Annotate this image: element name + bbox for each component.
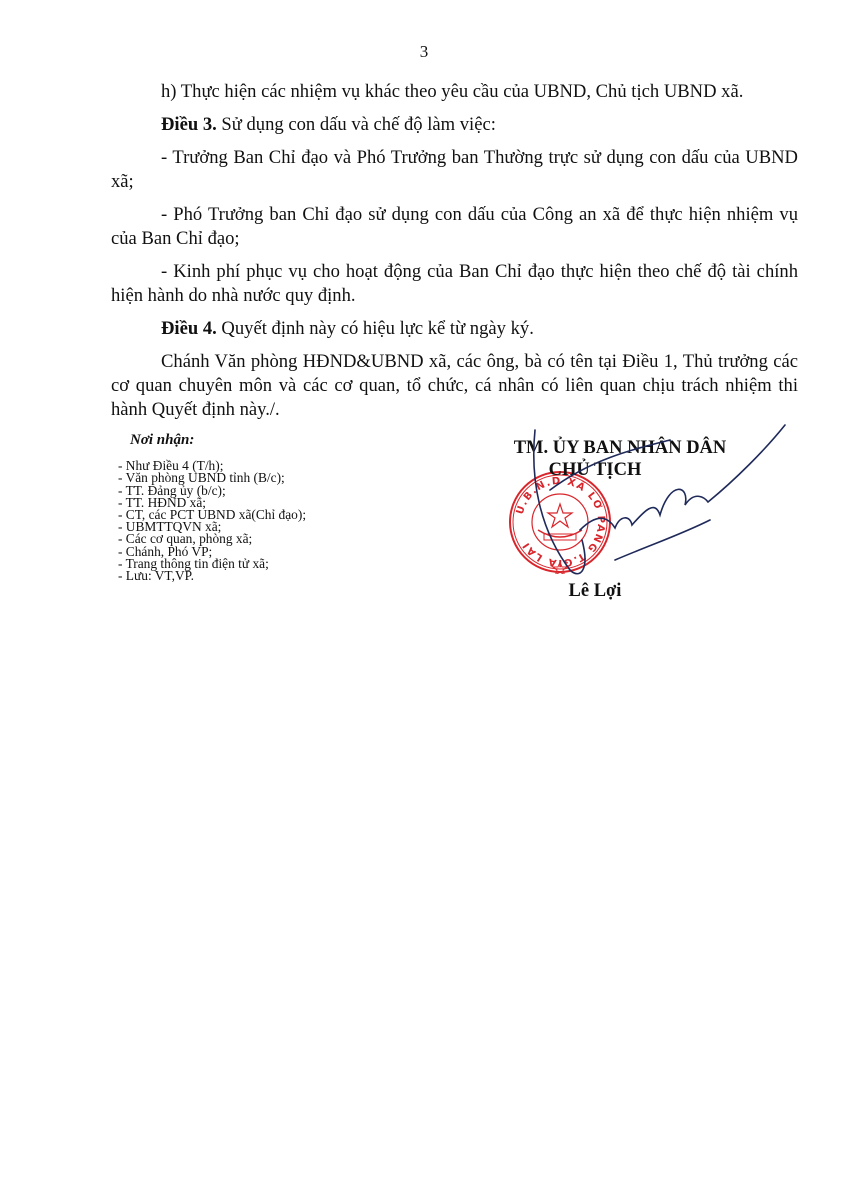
paragraph-text: Sử dụng con dấu và chế độ làm việc: [217, 114, 496, 135]
paragraph-text: Chánh Văn phòng HĐND&UBND xã, các ông, b… [111, 351, 798, 420]
recipients-block: Nơi nhận: - Như Điều 4 (T/h);- Văn phòng… [118, 434, 306, 582]
recipient-item: - Lưu: VT,VP. [118, 570, 306, 582]
paragraph-text: - Trưởng Ban Chỉ đạo và Phó Trưởng ban T… [111, 147, 798, 192]
page-number: 3 [0, 42, 848, 62]
paragraph-text: Quyết định này có hiệu lực kể từ ngày ký… [217, 318, 534, 339]
article-heading: Điều 3. [161, 114, 217, 135]
recipients-list: - Như Điều 4 (T/h);- Văn phòng UBND tỉnh… [118, 460, 306, 582]
paragraph: Điều 3. Sử dụng con dấu và chế độ làm vi… [111, 113, 798, 137]
paragraph: Chánh Văn phòng HĐND&UBND xã, các ông, b… [111, 350, 798, 422]
paragraph: h) Thực hiện các nhiệm vụ khác theo yêu … [111, 80, 798, 104]
recipients-title: Nơi nhận: [130, 434, 306, 446]
paragraph-text: - Phó Trưởng ban Chỉ đạo sử dụng con dấu… [111, 204, 798, 249]
paragraph: - Trưởng Ban Chỉ đạo và Phó Trưởng ban T… [111, 146, 798, 194]
paragraph-text: h) Thực hiện các nhiệm vụ khác theo yêu … [161, 81, 743, 102]
handwritten-signature-icon [520, 420, 790, 580]
paragraph: - Phó Trưởng ban Chỉ đạo sử dụng con dấu… [111, 203, 798, 251]
paragraph-text: - Kinh phí phục vụ cho hoạt động của Ban… [111, 261, 798, 306]
paragraph: - Kinh phí phục vụ cho hoạt động của Ban… [111, 260, 798, 308]
signatory-name: Lê Lợi [490, 580, 700, 602]
document-body: h) Thực hiện các nhiệm vụ khác theo yêu … [111, 80, 798, 431]
article-heading: Điều 4. [161, 318, 217, 339]
paragraph: Điều 4. Quyết định này có hiệu lực kể từ… [111, 317, 798, 341]
